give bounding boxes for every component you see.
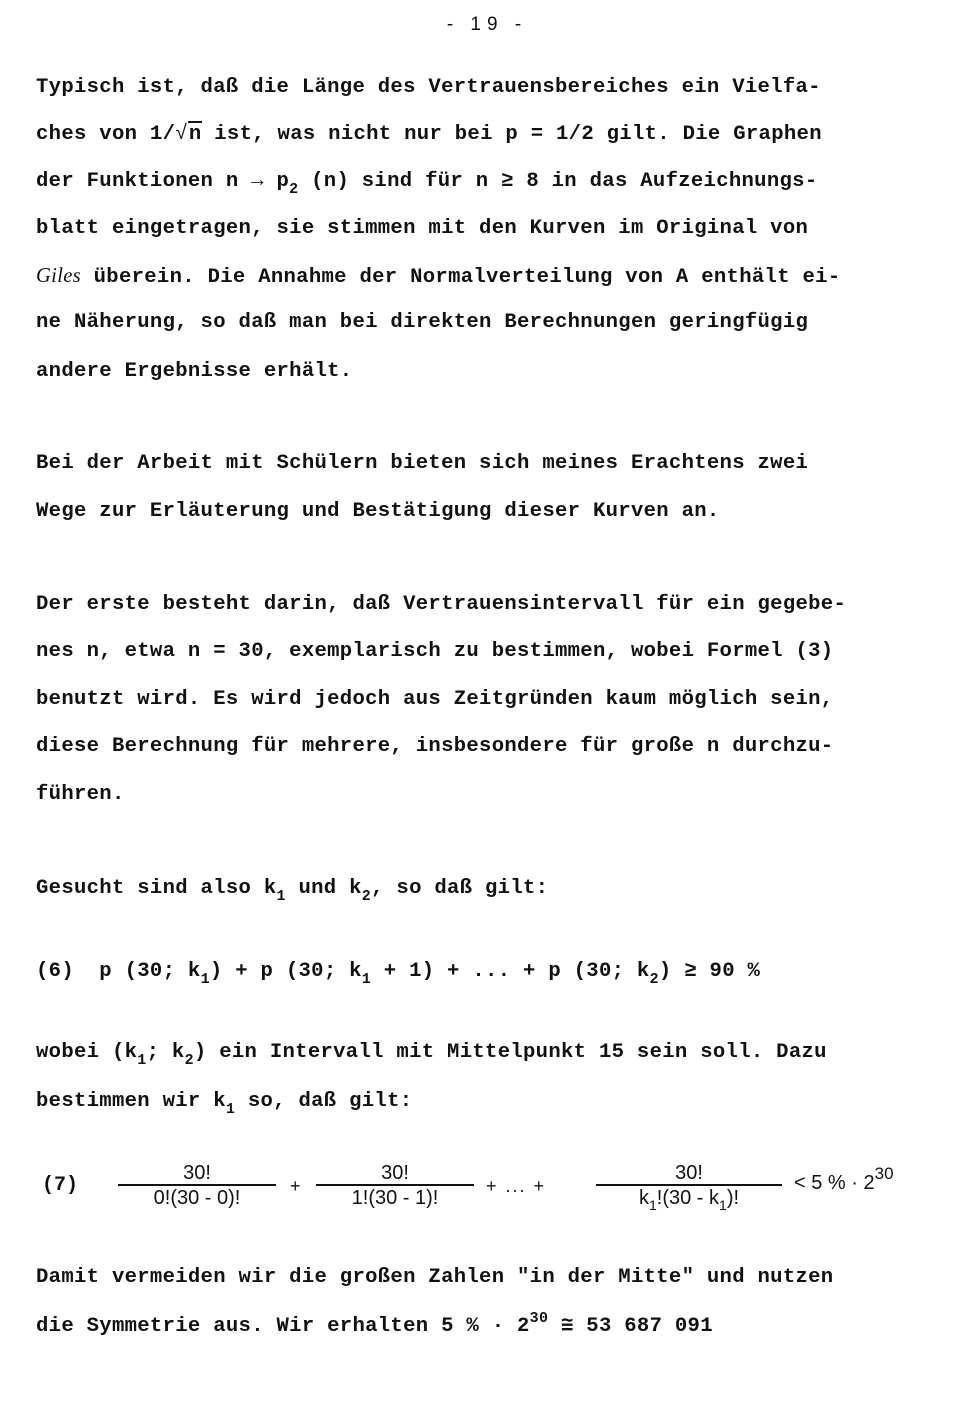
text: ches von 1/ [36, 123, 175, 146]
fraction-2: 30! 1!(30 - 1)! [316, 1162, 474, 1210]
text: die Symmetrie aus. Wir erhalten 5 % · 2 [36, 1315, 530, 1338]
paragraph-1-line-1: Typisch ist, daß die Länge des Vertrauen… [36, 76, 821, 100]
superscript: 30 [875, 1164, 894, 1183]
subscript: 1 [137, 1052, 146, 1069]
text: bestimmen wir k [36, 1090, 226, 1113]
paragraph-3-line-2: nes n, etwa n = 30, exemplarisch zu best… [36, 640, 833, 664]
paragraph-6-line-2: die Symmetrie aus. Wir erhalten 5 % · 23… [36, 1315, 713, 1339]
page-number: - 19 - [0, 14, 974, 36]
denominator: k1!(30 - k1)! [596, 1184, 782, 1210]
superscript: 30 [530, 1310, 549, 1327]
equation-7: (7) 30! 0!(30 - 0)! + 30! 1!(30 - 1)! + … [36, 1162, 966, 1212]
paragraph-5-line-2: bestimmen wir k1 so, daß gilt: [36, 1090, 412, 1114]
text: ≅ 53 687 091 [548, 1315, 713, 1338]
text: p (30; k [74, 960, 201, 983]
numerator: 30! [596, 1162, 782, 1184]
text: ) ≥ 90 % [659, 960, 760, 983]
text: überein. Die Annahme der Normalverteilun… [81, 266, 841, 289]
subscript: 1 [719, 1197, 727, 1213]
text: (n) sind für n ≥ 8 in das Aufzeichnungs- [298, 170, 817, 193]
paragraph-4: Gesucht sind also k1 und k2, so daß gilt… [36, 877, 548, 901]
text: wobei (k [36, 1041, 137, 1064]
denominator: 0!(30 - 0)! [118, 1184, 276, 1210]
subscript: 1 [277, 888, 286, 905]
fraction-3: 30! k1!(30 - k1)! [596, 1162, 782, 1210]
equation-label: (6) [36, 960, 74, 983]
denominator: 1!(30 - 1)! [316, 1184, 474, 1210]
paragraph-1-line-5: Giles überein. Die Annahme der Normalver… [36, 264, 840, 290]
subscript: 2 [362, 888, 371, 905]
text: Gesucht sind also k [36, 877, 277, 900]
square-root-sign: √ [175, 123, 188, 146]
text: und k [286, 877, 362, 900]
text: + 1) + ... + p (30; k [371, 960, 649, 983]
text: , so daß gilt: [371, 877, 548, 900]
numerator: 30! [118, 1162, 276, 1184]
paragraph-2-line-2: Wege zur Erläuterung und Bestätigung die… [36, 500, 720, 524]
subscript: 2 [185, 1052, 194, 1069]
paragraph-1-line-4: blatt eingetragen, sie stimmen mit den K… [36, 217, 808, 241]
author-name-italic: Giles [36, 265, 81, 287]
text: ; k [147, 1041, 185, 1064]
paragraph-3-line-3: benutzt wird. Es wird jedoch aus Zeitgrü… [36, 688, 833, 712]
numerator: 30! [316, 1162, 474, 1184]
paragraph-3-line-5: führen. [36, 783, 125, 807]
text: k [639, 1187, 649, 1209]
paragraph-1-line-2: ches von 1/√n ist, was nicht nur bei p =… [36, 123, 822, 147]
text: ) ein Intervall mit Mittelpunkt 15 sein … [194, 1041, 827, 1064]
text: < 5 % · 2 [794, 1172, 875, 1194]
paragraph-5-line-1: wobei (k1; k2) ein Intervall mit Mittelp… [36, 1041, 827, 1065]
subscript: 1 [226, 1101, 235, 1118]
paragraph-1-line-3: der Funktionen n → p2 (n) sind für n ≥ 8… [36, 170, 817, 194]
text: ist, was nicht nur bei p = 1/2 gilt. Die… [202, 123, 822, 146]
equation-rhs: < 5 % · 230 [794, 1172, 894, 1195]
text: so, daß gilt: [235, 1090, 412, 1113]
paragraph-3-line-1: Der erste besteht darin, daß Vertrauensi… [36, 593, 846, 617]
plus-operator: + [290, 1176, 301, 1197]
paragraph-1-line-6: ne Näherung, so daß man bei direkten Ber… [36, 311, 808, 335]
paragraph-3-line-4: diese Berechnung für mehrere, insbesonde… [36, 735, 833, 759]
text: der Funktionen n → p [36, 170, 289, 193]
text: !(30 - k [657, 1187, 719, 1209]
equation-label: (7) [42, 1174, 78, 1197]
subscript: 2 [650, 971, 659, 988]
text: )! [727, 1187, 739, 1209]
fraction-1: 30! 0!(30 - 0)! [118, 1162, 276, 1210]
equation-6: (6) p (30; k1) + p (30; k1 + 1) + ... + … [36, 960, 760, 984]
paragraph-2-line-1: Bei der Arbeit mit Schülern bieten sich … [36, 452, 808, 476]
ellipsis-operator: + ... + [486, 1176, 546, 1197]
paragraph-1-line-7: andere Ergebnisse erhält. [36, 360, 352, 384]
subscript: 1 [362, 971, 371, 988]
paragraph-6-line-1: Damit vermeiden wir die großen Zahlen "i… [36, 1266, 833, 1290]
square-root-argument: n [188, 121, 202, 146]
subscript: 1 [649, 1197, 657, 1213]
text: ) + p (30; k [210, 960, 362, 983]
subscript: 1 [201, 971, 210, 988]
